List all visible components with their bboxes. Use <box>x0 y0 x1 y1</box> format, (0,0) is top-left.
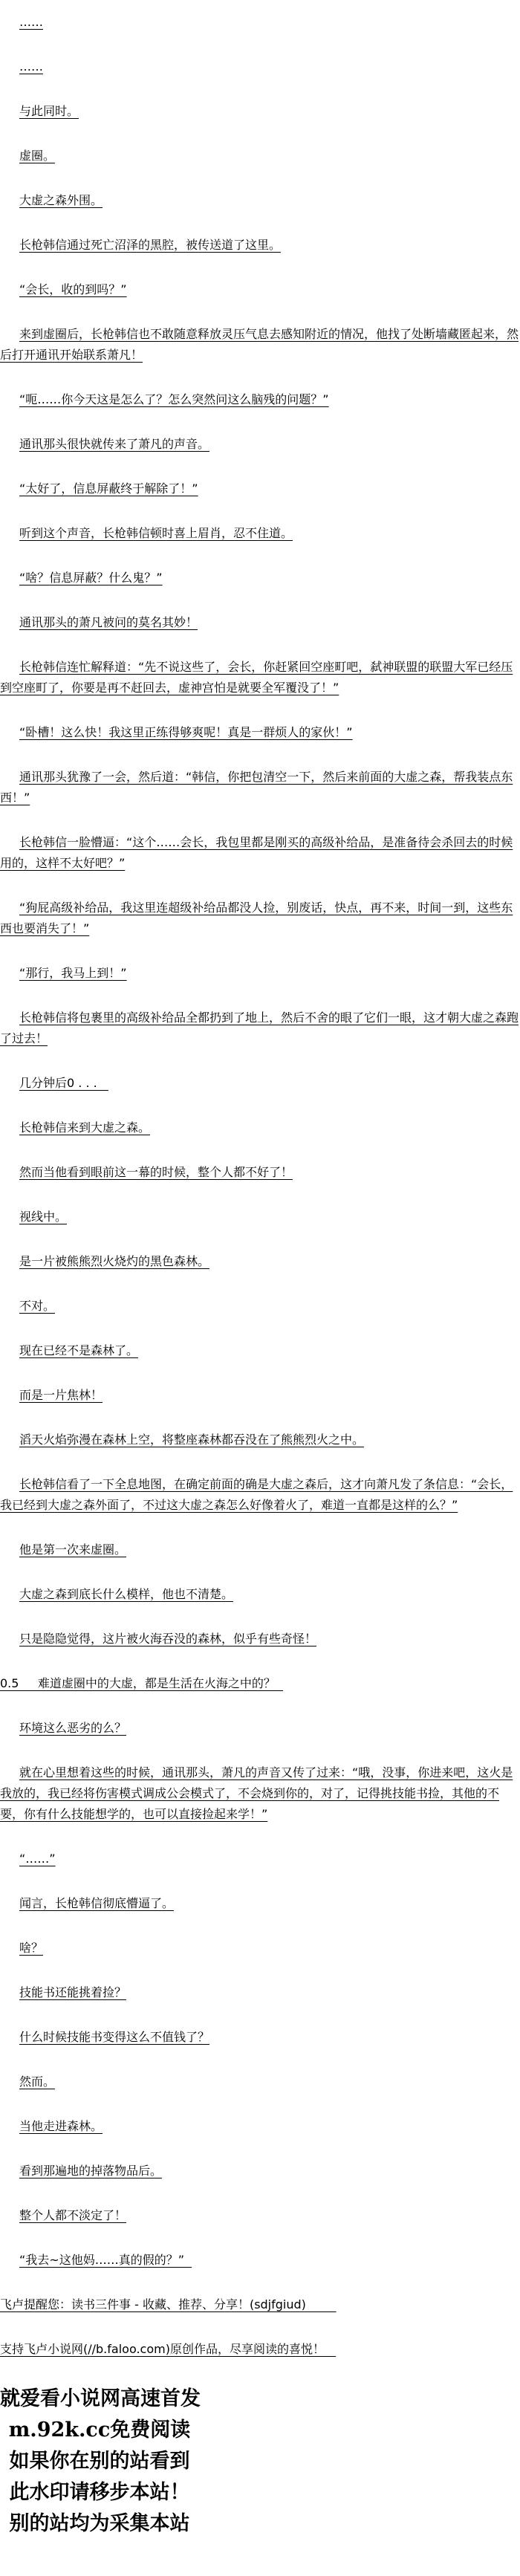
novel-paragraph: 来到虚圈后，长枪韩信也不敢随意释放灵压气息去感知附近的情况，他找了处断墙藏匿起来… <box>0 324 520 366</box>
novel-paragraph: 啥？ <box>0 1938 520 1959</box>
novel-paragraph: 通讯那头很快就传来了萧凡的声音。 <box>0 434 520 455</box>
novel-paragraph: 长枪韩信看了一下全息地图，在确定前面的确是大虚之森后，这才向萧凡发了条信息：“会… <box>0 1474 520 1516</box>
novel-paragraph: “太好了，信息屏蔽终于解除了！” <box>0 478 520 499</box>
novel-paragraph: “……” <box>0 1849 520 1869</box>
novel-paragraph: …… <box>0 56 520 77</box>
novel-paragraph: 然而。 <box>0 2071 520 2092</box>
novel-paragraph: 而是一片焦林！ <box>0 1385 520 1406</box>
novel-paragraph: 几分钟后0 . . . <box>0 1073 520 1094</box>
novel-paragraph: 视线中。 <box>0 1207 520 1227</box>
novel-paragraph: 环境这么恶劣的么？ <box>0 1718 520 1739</box>
novel-paragraph: “我去~这他妈……真的假的？” <box>0 2250 520 2271</box>
novel-paragraph: 0.5 难道虚圈中的大虚，都是生活在火海之中的？ <box>0 1673 520 1694</box>
novel-paragraph: 大虚之森到底长什么模样，他也不清楚。 <box>0 1584 520 1605</box>
novel-paragraph: 通讯那头的萧凡被问的莫名其妙！ <box>0 612 520 633</box>
novel-paragraph: 虚圈。 <box>0 146 520 166</box>
novel-paragraph: 支持飞卢小说网(//b.faloo.com)原创作品，尽享阅读的喜悦！ <box>0 2339 520 2360</box>
novel-paragraph: 与此同时。 <box>0 101 520 122</box>
novel-paragraph: 什么时候技能书变得这么不值钱了？ <box>0 2027 520 2048</box>
novel-paragraph: 大虚之森外围。 <box>0 190 520 211</box>
novel-paragraph: 然而当他看到眼前这一幕的时候，整个人都不好了！ <box>0 1162 520 1183</box>
novel-reader-page: …………与此同时。虚圈。大虚之森外围。长枪韩信通过死亡沼泽的黑腔，被传送道了这里… <box>0 0 520 2576</box>
novel-paragraph: 只是隐隐觉得，这片被火海吞没的森林，似乎有些奇怪！ <box>0 1629 520 1649</box>
novel-paragraph: 长枪韩信将包裹里的高级补给品全都扔到了地上，然后不舍的眼了它们一眼，这才朝大虚之… <box>0 1008 520 1049</box>
novel-paragraph: 长枪韩信连忙解释道：“先不说这些了，会长，你赶紧回空座町吧，弑神联盟的联盟大军已… <box>0 657 520 698</box>
novel-paragraph: 整个人都不淡定了！ <box>0 2205 520 2226</box>
watermark-line: 此水印请移步本站！ <box>0 2477 199 2508</box>
novel-paragraph: 长枪韩信通过死亡沼泽的黑腔，被传送道了这里。 <box>0 235 520 256</box>
novel-paragraph: 闻言，长枪韩信彻底懵逼了。 <box>0 1893 520 1914</box>
novel-paragraph: 他是第一次来虚圈。 <box>0 1540 520 1560</box>
novel-paragraph: 当他走进森林。 <box>0 2116 520 2137</box>
novel-paragraph: 现在已经不是森林了。 <box>0 1340 520 1361</box>
novel-paragraph: “卧槽！这么快！我这里正练得够爽呢！真是一群烦人的家伙！” <box>0 722 520 743</box>
novel-paragraph: 不对。 <box>0 1296 520 1317</box>
watermark-line: 就爱看小说网高速首发 <box>0 2384 199 2415</box>
novel-paragraph: 滔天火焰弥漫在森林上空，将整座森林都吞没在了熊熊烈火之中。 <box>0 1430 520 1450</box>
novel-paragraph: “那行，我马上到！” <box>0 963 520 984</box>
watermark-line: 如果你在别的站看到 <box>0 2446 199 2477</box>
novel-paragraph: 长枪韩信来到大虚之森。 <box>0 1117 520 1138</box>
novel-paragraph: “会长，收的到吗？” <box>0 279 520 300</box>
novel-paragraph: …… <box>0 12 520 33</box>
chapter-text: …………与此同时。虚圈。大虚之森外围。长枪韩信通过死亡沼泽的黑腔，被传送道了这里… <box>0 12 520 2360</box>
novel-paragraph: 就在心里想着这些的时候，通讯那头，萧凡的声音又传了过来：“哦，没事，你进来吧，这… <box>0 1762 520 1825</box>
watermark-block: 就爱看小说网高速首发m.92k.cc免费阅读如果你在别的站看到此水印请移步本站！… <box>0 2384 199 2540</box>
novel-paragraph: “啥？信息屏蔽？什么鬼？” <box>0 568 520 588</box>
novel-paragraph: 看到那遍地的掉落物品后。 <box>0 2161 520 2181</box>
novel-paragraph: 技能书还能挑着捡？ <box>0 1982 520 2003</box>
watermark-line: m.92k.cc免费阅读 <box>0 2415 199 2446</box>
novel-paragraph: “呃……你今天这是怎么了？怎么突然问这么脑残的问题？” <box>0 389 520 410</box>
novel-paragraph: 飞卢提醒您：读书三件事 - 收藏、推荐、分享！(sdjfgiud) <box>0 2294 520 2315</box>
novel-paragraph: 听到这个声音，长枪韩信顿时喜上眉肖，忍不住道。 <box>0 523 520 544</box>
novel-paragraph: 长枪韩信一脸懵逼：“这个……会长，我包里都是刚买的高级补给品，是准备待会杀回去的… <box>0 832 520 874</box>
novel-paragraph: 通讯那头犹豫了一会，然后道：“韩信，你把包清空一下，然后来前面的大虚之森，帮我装… <box>0 767 520 808</box>
watermark-line: 别的站均为采集本站 <box>0 2508 199 2540</box>
novel-paragraph: 是一片被熊熊烈火烧灼的黑色森林。 <box>0 1251 520 1272</box>
novel-paragraph: “狗屁高级补给品，我这里连超级补给品都没人捡，别废话，快点，再不来，时间一到，这… <box>0 898 520 939</box>
